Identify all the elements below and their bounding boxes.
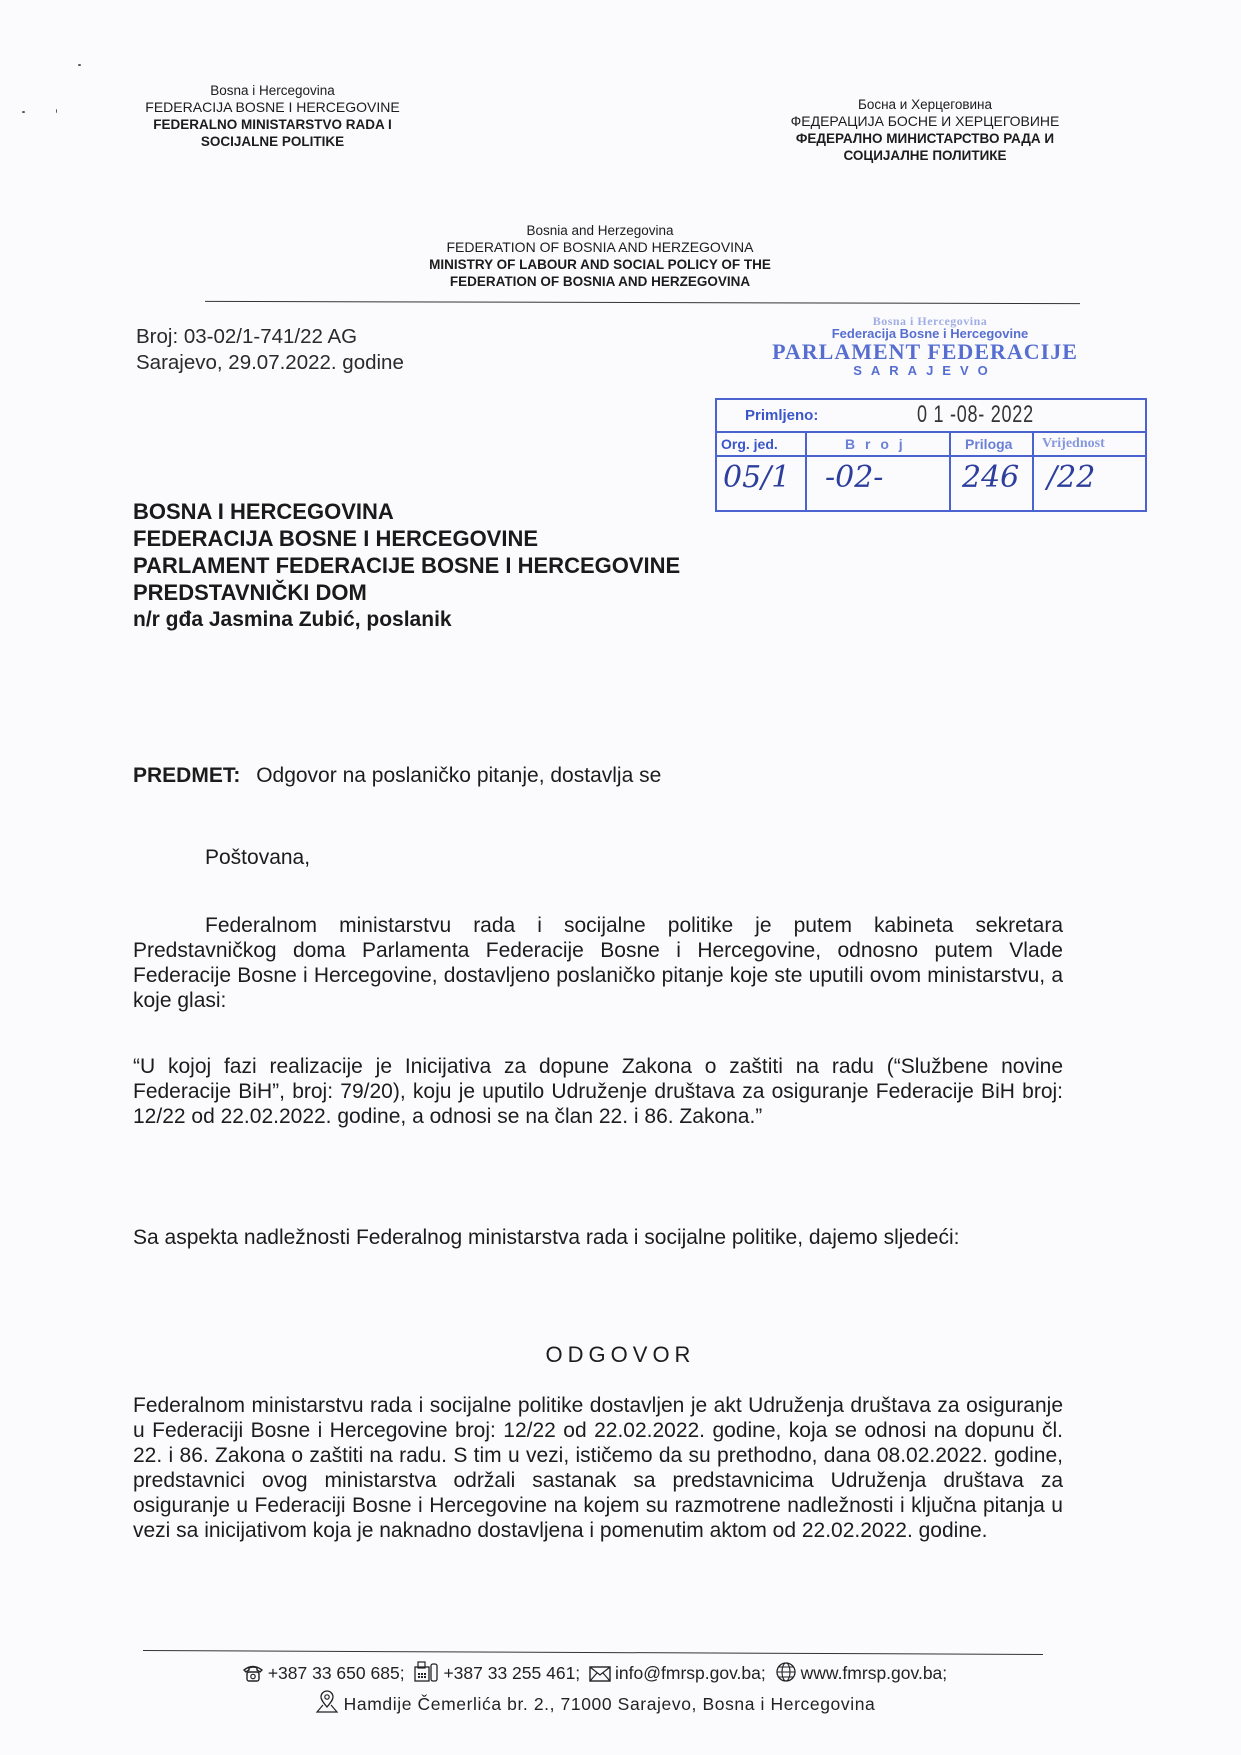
- header-divider: [205, 301, 1080, 304]
- header-federation: FEDERACIJA BOSNE I HERCEGOVINE: [110, 99, 435, 116]
- envelope-icon: [589, 1664, 611, 1690]
- header-ministry-cont: FEDERATION OF BOSNIA AND HERZEGOVINA: [385, 273, 815, 290]
- scan-speck: [78, 64, 81, 66]
- scan-speck: [22, 111, 25, 113]
- header-ministry-english: Bosnia and Herzegovina FEDERATION OF BOS…: [385, 222, 815, 290]
- received-stamp: Bosna i Hercegovina Federacija Bosne i H…: [705, 315, 1145, 520]
- stamp-hand-org: 05/1: [723, 460, 790, 495]
- reference-place-date: Sarajevo, 29.07.2022. godine: [136, 350, 404, 376]
- answer-heading: ODGOVOR: [0, 1342, 1241, 1368]
- website-link[interactable]: www.fmrsp.gov.ba;: [801, 1663, 948, 1683]
- stamp-hand-vrijednost: /22: [1047, 460, 1095, 495]
- body-paragraph-1: Federalnom ministarstvu rada i socijalne…: [133, 913, 1063, 1013]
- recipient-attention: n/r gđa Jasmina Zubić, poslanik: [133, 606, 680, 633]
- stamp-table: Primljeno: 0 1 -08- 2022 Org. jed. B r o…: [715, 398, 1147, 512]
- header-ministry-cont: SOCIJALNE POLITIKE: [110, 133, 435, 150]
- footer-contact: +387 33 650 685; +387 33 255 461; info@f…: [140, 1660, 1045, 1721]
- recipient-line: BOSNA I HERCEGOVINA: [133, 498, 680, 525]
- header-federation: ФЕДЕРАЦИЈА БОСНЕ И ХЕРЦЕГОВИНЕ: [755, 113, 1095, 130]
- recipient-block: BOSNA I HERCEGOVINA FEDERACIJA BOSNE I H…: [133, 498, 680, 633]
- stamp-col-broj: B r o j: [845, 436, 906, 452]
- answer-paragraph: Federalnom ministarstvu rada i socijalne…: [133, 1393, 1063, 1543]
- header-ministry-latin: Bosna i Hercegovina FEDERACIJA BOSNE I H…: [110, 82, 435, 150]
- salutation: Poštovana,: [205, 846, 310, 870]
- header-country: Bosna i Hercegovina: [110, 82, 435, 99]
- stamp-col-priloga: Priloga: [965, 436, 1012, 452]
- globe-icon: [775, 1661, 797, 1690]
- footer-divider: [143, 1650, 1043, 1655]
- header-ministry: ФЕДЕРАЛНО МИНИСТАРСТВО РАДА И: [755, 130, 1095, 147]
- stamp-country: Bosna i Hercegovina: [715, 315, 1145, 327]
- recipient-line: PREDSTAVNIČKI DOM: [133, 579, 680, 606]
- stamp-received-date: 0 1 -08- 2022: [917, 401, 1034, 429]
- fax-number: +387 33 255 461;: [443, 1663, 580, 1683]
- header-ministry-cyrillic: Босна и Херцеговина ФЕДЕРАЦИЈА БОСНЕ И Х…: [755, 96, 1095, 164]
- stamp-col-org: Org. jed.: [721, 436, 778, 452]
- header-country: Bosnia and Herzegovina: [385, 222, 815, 239]
- telephone-icon: [242, 1663, 264, 1690]
- phone-number: +387 33 650 685;: [268, 1663, 405, 1683]
- reference-number: Broj: 03-02/1-741/22 AG: [136, 324, 404, 350]
- map-pin-icon: [314, 1690, 340, 1721]
- recipient-line: PARLAMENT FEDERACIJE BOSNE I HERCEGOVINE: [133, 552, 680, 579]
- quoted-question: “U kojoj fazi realizacije je Inicijativa…: [133, 1054, 1063, 1129]
- stamp-city: SARAJEVO: [705, 363, 1145, 379]
- scan-speck: [56, 109, 57, 113]
- stamp-hand-priloga: 246: [962, 460, 1019, 495]
- header-ministry: FEDERALNO MINISTARSTVO RADA I: [110, 116, 435, 133]
- stamp-received-label: Primljeno:: [745, 407, 818, 424]
- header-ministry-cont: СОЦИЈАЛНЕ ПОЛИТИКЕ: [755, 147, 1095, 164]
- stamp-parliament: PARLAMENT FEDERACIJE: [705, 341, 1145, 363]
- subject-line: PREDMET: Odgovor na poslaničko pitanje, …: [133, 764, 661, 788]
- recipient-line: FEDERACIJA BOSNE I HERCEGOVINE: [133, 525, 680, 552]
- postal-address: Hamdije Čemerlića br. 2., 71000 Sarajevo…: [344, 1694, 876, 1714]
- body-paragraph-2: Sa aspekta nadležnosti Federalnog minist…: [133, 1225, 1063, 1250]
- subject-text: Odgovor na poslaničko pitanje, dostavlja…: [256, 764, 661, 787]
- email-link[interactable]: info@fmrsp.gov.ba;: [615, 1663, 766, 1683]
- subject-label: PREDMET:: [133, 764, 240, 787]
- stamp-hand-broj: -02-: [825, 460, 883, 495]
- stamp-col-vrijednost: Vrijednost: [1042, 436, 1105, 452]
- header-federation: FEDERATION OF BOSNIA AND HERZEGOVINA: [385, 239, 815, 256]
- reference-block: Broj: 03-02/1-741/22 AG Sarajevo, 29.07.…: [136, 324, 404, 376]
- header-ministry: MINISTRY OF LABOUR AND SOCIAL POLICY OF …: [385, 256, 815, 273]
- header-country: Босна и Херцеговина: [755, 96, 1095, 113]
- fax-icon: [413, 1661, 439, 1690]
